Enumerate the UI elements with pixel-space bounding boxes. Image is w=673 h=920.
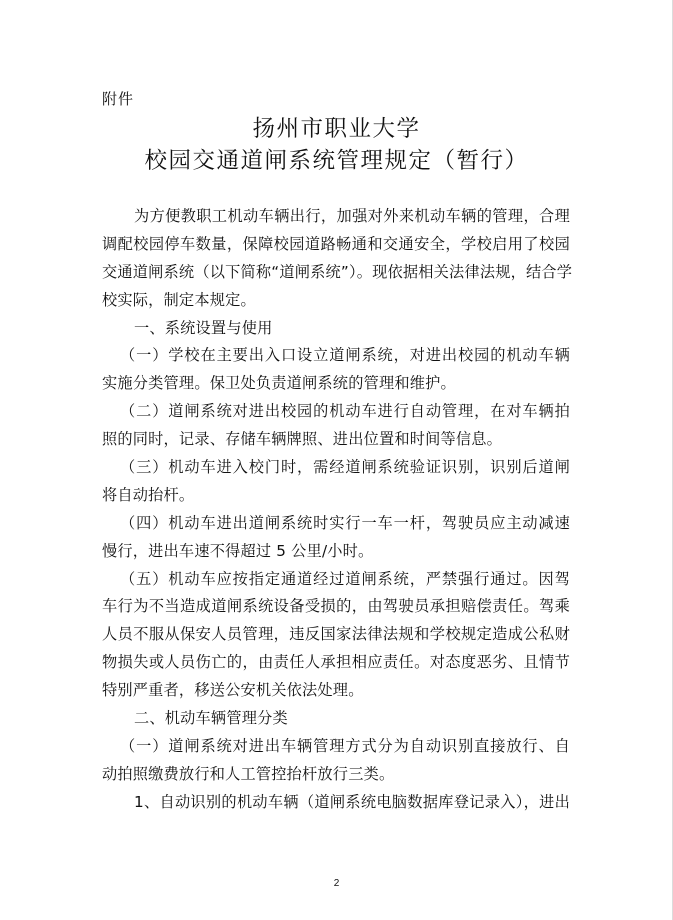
body-line: （三）机动车进入校门时，需经道闸系统验证识别，识别后道闸 (102, 454, 570, 482)
body-line: 人员不服从保安人员管理，违反国家法律法规和学校规定造成公私财 (102, 621, 570, 649)
body-line: （四）机动车进出道闸系统时实行一车一杆，驾驶员应主动减速 (102, 510, 570, 538)
document-title-line1: 扬州市职业大学 (0, 111, 673, 143)
body-line: 1、自动识别的机动车辆（道闸系统电脑数据库登记录入），进出 (102, 789, 570, 817)
document-body: 为方便教职工机动车辆出行，加强对外来机动车辆的管理，合理 调配校园停车数量，保障… (102, 203, 570, 817)
document-title-line2: 校园交通道闸系统管理规定（暂行） (0, 143, 673, 175)
body-line: 交通道闸系统（以下简称“道闸系统”）。现依据相关法律法规，结合学 (102, 259, 570, 287)
attachment-label: 附件 (102, 88, 134, 109)
body-line: 动拍照缴费放行和人工管控抬杆放行三类。 (102, 761, 570, 789)
section-heading: 二、机动车辆管理分类 (102, 705, 570, 733)
body-line: 为方便教职工机动车辆出行，加强对外来机动车辆的管理，合理 (102, 203, 570, 231)
body-line: 车行为不当造成道闸系统设备受损的，由驾驶员承担赔偿责任。驾乘 (102, 593, 570, 621)
body-line: （二）道闸系统对进出校园的机动车进行自动管理，在对车辆拍 (102, 398, 570, 426)
body-line: 校实际，制定本规定。 (102, 287, 570, 315)
body-line: 调配校园停车数量，保障校园道路畅通和交通安全，学校启用了校园 (102, 231, 570, 259)
body-line: 将自动抬杆。 (102, 482, 570, 510)
body-line: （一）道闸系统对进出车辆管理方式分为自动识别直接放行、自 (102, 733, 570, 761)
body-line: 照的同时，记录、存储车辆牌照、进出位置和时间等信息。 (102, 426, 570, 454)
section-heading: 一、系统设置与使用 (102, 315, 570, 343)
body-line: （五）机动车应按指定通道经过道闸系统，严禁强行通过。因驾 (102, 566, 570, 594)
body-line: 慢行，进出车速不得超过 5 公里/小时。 (102, 538, 570, 566)
page-number: 2 (0, 878, 673, 889)
body-line: 特别严重者，移送公安机关依法处理。 (102, 677, 570, 705)
body-line: （一）学校在主要出入口设立道闸系统，对进出校园的机动车辆 (102, 342, 570, 370)
body-line: 物损失或人员伤亡的，由责任人承担相应责任。对态度恶劣、且情节 (102, 649, 570, 677)
body-line: 实施分类管理。保卫处负责道闸系统的管理和维护。 (102, 370, 570, 398)
